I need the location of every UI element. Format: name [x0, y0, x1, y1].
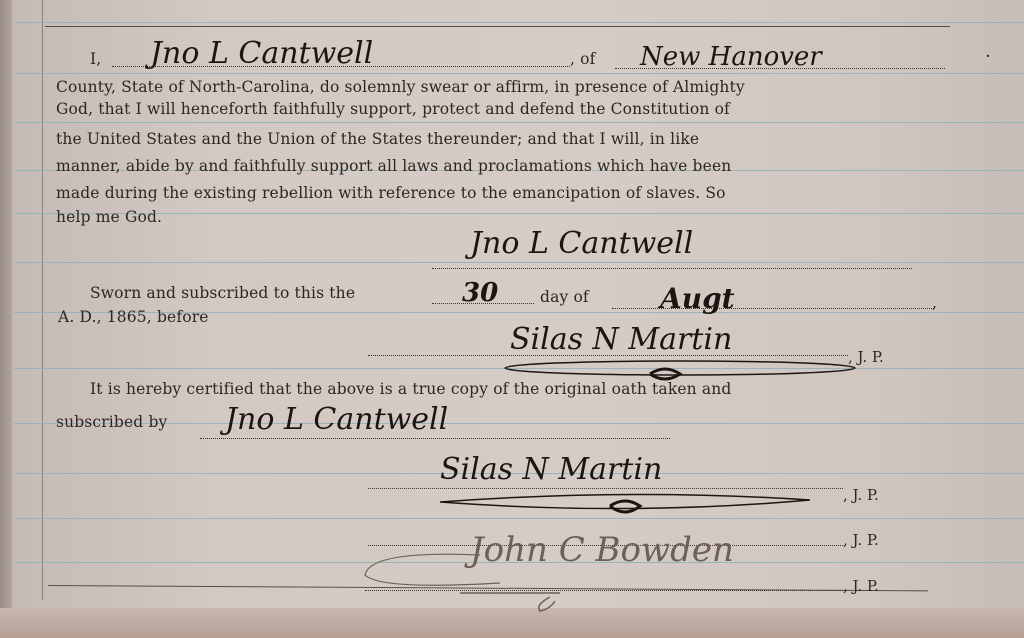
day-of-label: day of — [540, 288, 589, 306]
handwritten-month: Augt — [660, 282, 735, 315]
ruled-line — [14, 213, 1024, 214]
subscribed-by-label: subscribed by — [56, 413, 167, 431]
ruled-line — [14, 22, 1024, 23]
year-text: A. D., 1865, before — [58, 308, 209, 326]
handwritten-subscriber: Jno L Cantwell — [225, 402, 448, 437]
page-left-edge — [0, 0, 12, 638]
oath-line: God, that I will henceforth faithfully s… — [56, 100, 730, 118]
jp3-title: , J. P. — [843, 577, 879, 595]
handwritten-day: 30 — [462, 278, 498, 308]
handwritten-county: New Hanover — [640, 42, 822, 72]
oath-line: the United States and the Union of the S… — [56, 130, 699, 148]
signature-flourish — [430, 486, 830, 522]
subscriber-blank — [200, 438, 670, 439]
of-label: , of — [570, 50, 596, 68]
jp1-title: , J. P. — [843, 486, 879, 504]
jp-title: , J. P. — [848, 348, 884, 366]
period-mark: · — [985, 46, 991, 67]
signature-flourish — [360, 545, 560, 615]
oath-line: County, State of North-Carolina, do sole… — [56, 78, 745, 96]
jp1-signature: Silas N Martin — [440, 452, 662, 487]
jp-signature: Silas N Martin — [510, 322, 732, 357]
trailing-comma: , — [932, 294, 937, 312]
oath-prefix: I, — [90, 50, 101, 68]
ruled-line — [14, 73, 1024, 74]
oath-line: help me God. — [56, 208, 162, 226]
oath-line: manner, abide by and faithfully support … — [56, 157, 731, 175]
left-margin-line — [42, 0, 43, 600]
ruled-line — [14, 122, 1024, 123]
jp2-title: , J. P. — [843, 531, 879, 549]
affiant-signature-line — [432, 268, 912, 269]
certification-text: It is hereby certified that the above is… — [90, 380, 732, 398]
handwritten-name: Jno L Cantwell — [150, 36, 373, 71]
affiant-signature: Jno L Cantwell — [470, 226, 693, 261]
top-border-rule — [45, 26, 950, 27]
sworn-text: Sworn and subscribed to this the — [90, 284, 355, 302]
ruled-line — [14, 262, 1024, 263]
oath-line: made during the existing rebellion with … — [56, 184, 726, 202]
